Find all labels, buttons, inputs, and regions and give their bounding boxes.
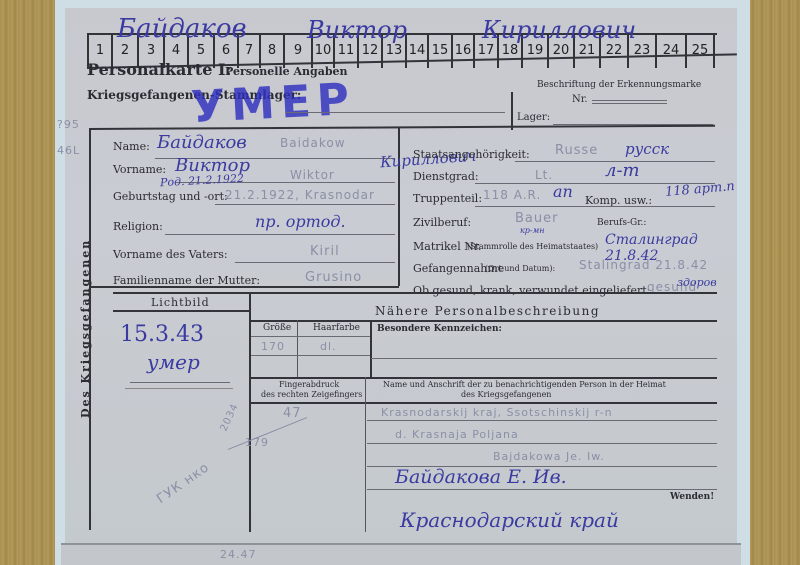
unit-hand: ап <box>553 182 573 201</box>
religion-label: Religion: <box>113 220 163 233</box>
father-value: Kiril <box>310 244 340 259</box>
pencil-fraction-bottom: 179 <box>245 436 269 449</box>
name-label: Name: <box>113 140 150 153</box>
fingerprint-label-2: des rechten Zeigefingers <box>261 390 362 399</box>
name-pencil: Baidakow <box>280 136 346 150</box>
marks-label: Besondere Kennzeichen: <box>377 324 502 334</box>
birth-value: 21.2.1922, Krasnodar <box>225 188 375 202</box>
contact-line-4-hand: Байдакова Е. Ив. <box>395 466 567 488</box>
next-card-edge <box>61 543 741 565</box>
size-value: 170 <box>261 340 285 353</box>
tag-nr-label: Nr. <box>572 94 588 105</box>
birth-note: Род. 21.2.1922 <box>160 172 245 189</box>
deceased-stamp: УМЕР <box>190 74 356 134</box>
pencil-fraction-top: 2034 <box>219 402 241 433</box>
strip-patronymic: Кириллович <box>482 16 636 44</box>
death-date: 15.3.43 <box>120 322 204 347</box>
vorname-label: Vorname: <box>113 163 166 176</box>
wenden-label: Wenden! <box>670 492 714 502</box>
next-card-pencil: 24.47 <box>220 548 257 561</box>
strip-cell: 24 <box>655 34 685 68</box>
hair-value: dl. <box>320 340 337 353</box>
contact-line-1: Krasnodarskij kraj, Ssotschinskij r-n <box>381 406 613 419</box>
mother-value: Grusino <box>305 270 362 285</box>
civil-value: Bauer <box>515 211 558 226</box>
contact-line-3: Bajdakowa Je. Iw. <box>493 450 605 463</box>
margin-pencil-note: ?95 <box>57 118 80 131</box>
description-header: Nähere Personalbeschreibung <box>375 304 600 318</box>
strip-cell: 25 <box>685 34 715 68</box>
pow-personal-card: 1 2 3 4 5 6 7 8 9 10 11 12 13 14 15 16 1… <box>65 8 737 565</box>
health-hand: здоров <box>677 276 717 289</box>
civil-label: Zivilberuf: <box>413 216 471 229</box>
photo-label: Lichtbild <box>151 296 210 309</box>
unit-value: 118 A.R. <box>483 188 541 202</box>
capture-sub: (Ort und Datum): <box>485 264 555 273</box>
birth-label: Geburtstag und -ort: <box>113 190 228 203</box>
health-label: Ob gesund, krank, verwundet eingeliefert… <box>413 284 650 297</box>
strip-cell: 8 <box>259 34 283 68</box>
father-label: Vorname des Vaters: <box>113 248 228 261</box>
vorname-pencil: Wiktor <box>290 168 335 182</box>
matrikel-sub: (Stammrolle des Heimatstaates) <box>467 242 598 251</box>
tag-description-label: Beschriftung der Erkennungsmarke <box>537 80 701 90</box>
berufs-label: Berufs-Gr.: <box>597 218 646 228</box>
strip-cell: 16 <box>451 34 473 68</box>
rank-value: Lt. <box>535 168 553 182</box>
civil-hand: кр-мн <box>520 226 545 235</box>
contact-line-2: d. Krasnaja Poljana <box>395 428 519 441</box>
nationality-value: Russe <box>555 143 598 158</box>
name-value: Байдаков <box>157 132 247 153</box>
region-hand: Краснодарский край <box>400 508 619 532</box>
contact-header-1: Name und Anschrift der zu benachrichtige… <box>383 380 666 389</box>
side-label: Des Kriegsgefangenen <box>79 239 92 418</box>
size-label: Größe <box>263 323 291 333</box>
strip-cell: 14 <box>405 34 427 68</box>
contact-header-2: des Kriegsgefangenen <box>461 390 551 399</box>
lager-label: Lager: <box>517 112 550 123</box>
pencil-fraction-side: 47 <box>283 406 302 421</box>
death-note: умер <box>147 350 200 374</box>
hair-label: Haarfarbe <box>313 323 360 333</box>
strip-cell: 15 <box>427 34 451 68</box>
rank-hand: л-т <box>605 160 640 181</box>
margin-pencil-note: 46L <box>57 144 80 157</box>
religion-value: пр. ортод. <box>255 212 346 231</box>
strip-first-name: Виктор <box>307 16 407 44</box>
capture-value: Stalingrad 21.8.42 <box>579 258 708 272</box>
pencil-reference: ГУК нко <box>154 460 212 507</box>
nationality-label: Staatsangehörigkeit: <box>413 148 530 161</box>
nationality-hand: русск <box>625 140 669 158</box>
unit-label: Truppenteil: <box>413 192 482 205</box>
fingerprint-label-1: Fingerabdruck <box>279 380 339 389</box>
card-title: Personalkarte I: <box>87 60 231 79</box>
rank-label: Dienstgrad: <box>413 170 479 183</box>
strip-surname: Байдаков <box>117 14 247 44</box>
